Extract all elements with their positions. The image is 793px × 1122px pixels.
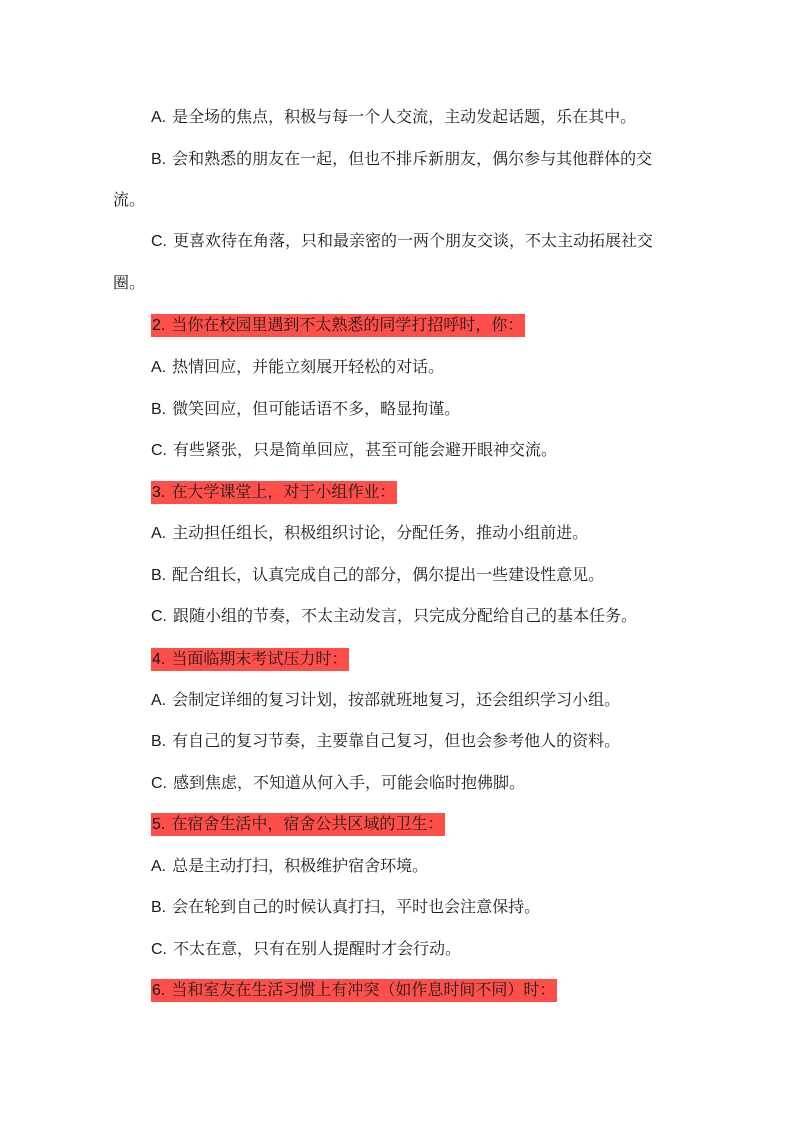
option-q5-a: A.总是主动打扫，积极维护宿舍环境。 (151, 855, 731, 877)
question-text: 在宿舍生活中，宿舍公共区域的卫生： (171, 814, 443, 833)
option-text: 是全场的焦点，积极与每一个人交流，主动发起话题，乐在其中。 (172, 107, 636, 126)
question-2: 2.当你在校园里遇到不太熟悉的同学打招呼时，你： (151, 314, 731, 336)
question-text: 当面临期末考试压力时： (171, 649, 347, 668)
option-letter: B. (151, 899, 166, 916)
question-number: 5. (152, 816, 165, 833)
option-text: 微笑回应，但可能话语不多，略显拘谨。 (172, 399, 460, 418)
option-text: 不太在意，只有在别人提醒时才会行动。 (173, 939, 461, 958)
question-number: 2. (152, 317, 165, 334)
option-q2-b: B.微笑回应，但可能话语不多，略显拘谨。 (151, 398, 731, 420)
option-q1-a: A.是全场的焦点，积极与每一个人交流，主动发起话题，乐在其中。 (151, 106, 731, 128)
option-text: 会在轮到自己的时候认真打扫，平时也会注意保持。 (172, 897, 540, 916)
option-letter: A. (151, 858, 166, 875)
option-text: 总是主动打扫，积极维护宿舍环境。 (172, 856, 428, 875)
question-3: 3.在大学课堂上，对于小组作业： (151, 481, 731, 503)
option-q4-c: C.感到焦虑，不知道从何入手，可能会临时抱佛脚。 (151, 772, 731, 794)
option-letter: B. (151, 567, 166, 584)
option-letter: A. (151, 692, 166, 709)
option-letter: C. (151, 775, 167, 792)
option-q4-b: B.有自己的复习节奏，主要靠自己复习，但也会参考他人的资料。 (151, 730, 731, 752)
option-text: 主动担任组长，积极组织讨论，分配任务，推动小组前进。 (172, 523, 588, 542)
option-text: 跟随小组的节奏，不太主动发言，只完成分配给自己的基本任务。 (173, 606, 637, 625)
option-text: 配合组长，认真完成自己的部分，偶尔提出一些建设性意见。 (172, 565, 604, 584)
option-q2-c: C.有些紧张，只是简单回应，甚至可能会避开眼神交流。 (151, 439, 731, 461)
option-letter: B. (151, 733, 166, 750)
question-highlight: 2.当你在校园里遇到不太熟悉的同学打招呼时，你： (151, 314, 525, 337)
question-number: 6. (152, 982, 165, 999)
question-highlight: 6.当和室友在生活习惯上有冲突（如作息时间不同）时： (151, 979, 557, 1002)
option-text: 有自己的复习节奏，主要靠自己复习，但也会参考他人的资料。 (172, 731, 620, 750)
option-letter: A. (151, 525, 166, 542)
question-highlight: 4.当面临期末考试压力时： (151, 648, 349, 671)
option-letter: C. (151, 941, 167, 958)
document-page: A.是全场的焦点，积极与每一个人交流，主动发起话题，乐在其中。 B.会和熟悉的朋… (0, 0, 793, 1122)
option-q5-b: B.会在轮到自己的时候认真打扫，平时也会注意保持。 (151, 896, 731, 918)
option-q2-a: A.热情回应，并能立刻展开轻松的对话。 (151, 356, 731, 378)
option-q3-b: B.配合组长，认真完成自己的部分，偶尔提出一些建设性意见。 (151, 564, 731, 586)
question-number: 4. (152, 651, 165, 668)
option-q3-a: A.主动担任组长，积极组织讨论，分配任务，推动小组前进。 (151, 522, 731, 544)
question-text: 当你在校园里遇到不太熟悉的同学打招呼时，你： (171, 315, 523, 334)
option-text: 感到焦虑，不知道从何入手，可能会临时抱佛脚。 (173, 773, 525, 792)
option-text: 会制定详细的复习计划，按部就班地复习，还会组织学习小组。 (172, 690, 620, 709)
option-q5-c: C.不太在意，只有在别人提醒时才会行动。 (151, 938, 731, 960)
question-highlight: 3.在大学课堂上，对于小组作业： (151, 481, 397, 504)
option-q4-a: A.会制定详细的复习计划，按部就班地复习，还会组织学习小组。 (151, 689, 731, 711)
option-letter: C. (151, 233, 167, 250)
option-q1-b: B.会和熟悉的朋友在一起，但也不排斥新朋友，偶尔参与其他群体的交 (151, 148, 731, 170)
option-letter: A. (151, 109, 166, 126)
question-text: 在大学课堂上，对于小组作业： (171, 482, 395, 501)
option-q1-c: C.更喜欢待在角落，只和最亲密的一两个朋友交谈，不太主动拓展社交 (151, 230, 731, 252)
option-text: 会和熟悉的朋友在一起，但也不排斥新朋友，偶尔参与其他群体的交 (172, 149, 652, 168)
option-letter: C. (151, 608, 167, 625)
option-letter: B. (151, 151, 166, 168)
question-number: 3. (152, 484, 165, 501)
option-letter: A. (151, 359, 166, 376)
question-6: 6.当和室友在生活习惯上有冲突（如作息时间不同）时： (151, 979, 731, 1001)
option-letter: C. (151, 442, 167, 459)
question-5: 5.在宿舍生活中，宿舍公共区域的卫生： (151, 813, 731, 835)
question-4: 4.当面临期末考试压力时： (151, 648, 731, 670)
question-highlight: 5.在宿舍生活中，宿舍公共区域的卫生： (151, 813, 445, 836)
option-q1-c-continuation: 圈。 (113, 272, 693, 294)
question-text: 当和室友在生活习惯上有冲突（如作息时间不同）时： (171, 980, 555, 999)
option-letter: B. (151, 401, 166, 418)
option-q3-c: C.跟随小组的节奏，不太主动发言，只完成分配给自己的基本任务。 (151, 605, 731, 627)
option-text: 更喜欢待在角落，只和最亲密的一两个朋友交谈，不太主动拓展社交 (173, 231, 653, 250)
option-q1-b-continuation: 流。 (113, 189, 693, 211)
option-text: 有些紧张，只是简单回应，甚至可能会避开眼神交流。 (173, 440, 557, 459)
option-text: 热情回应，并能立刻展开轻松的对话。 (172, 357, 444, 376)
